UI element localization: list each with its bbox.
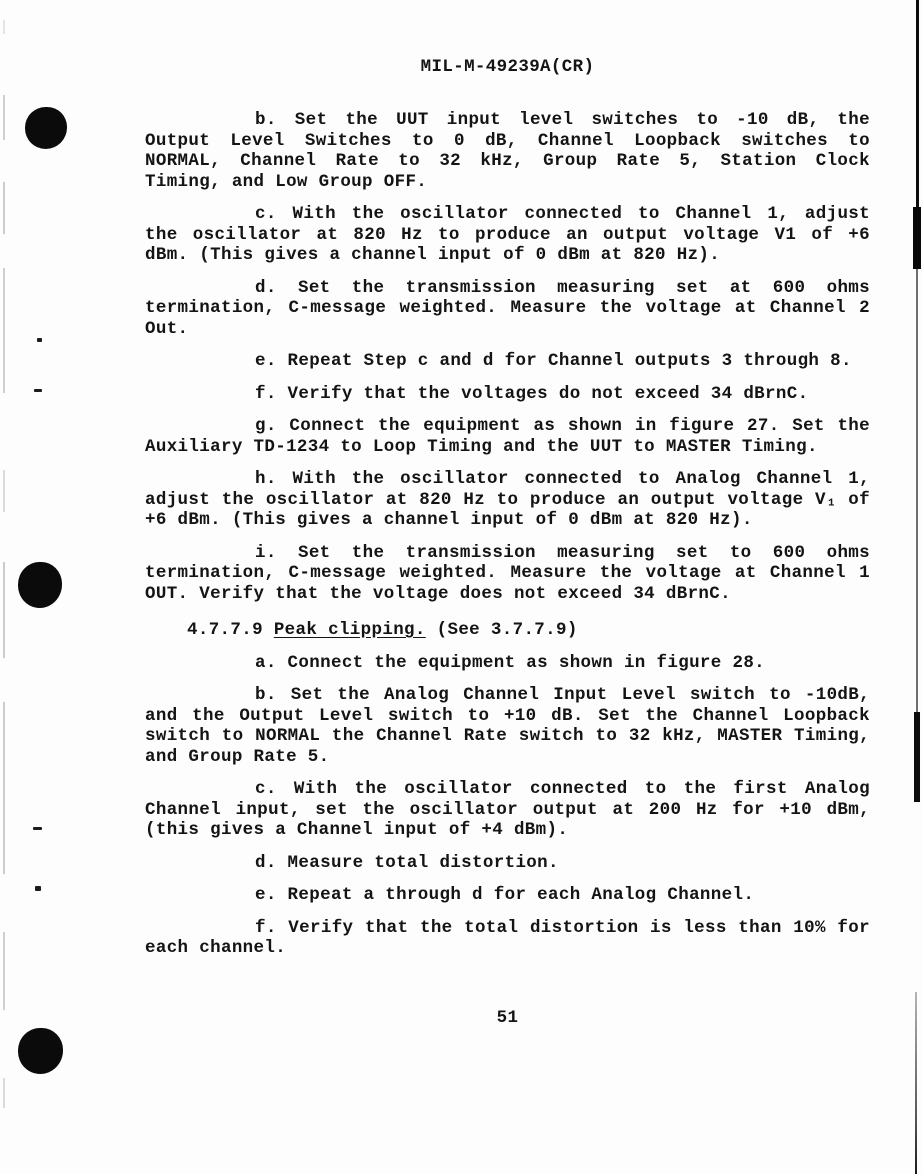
- procedure-step-f: f. Verify that the voltages do not excee…: [145, 384, 870, 405]
- right-edge-scan-line-thick-upper: [913, 207, 921, 269]
- hole-punch-mark-bottom: [18, 1028, 63, 1074]
- section-step-d: d. Measure total distortion.: [145, 853, 870, 874]
- left-edge-scan-dash: [3, 268, 5, 393]
- procedure-step-h: h. With the oscillator connected to Anal…: [145, 469, 870, 531]
- margin-tick-2: [34, 389, 42, 392]
- margin-tick-4: [35, 886, 41, 891]
- margin-tick-1: [37, 338, 42, 342]
- procedure-step-e: e. Repeat Step c and d for Channel outpu…: [145, 351, 870, 372]
- procedure-step-b: b. Set the UUT input level switches to -…: [145, 110, 870, 192]
- hole-punch-mark-top: [25, 107, 67, 149]
- section-step-b: b. Set the Analog Channel Input Level sw…: [145, 685, 870, 767]
- left-edge-scan-dash: [3, 702, 5, 874]
- procedure-step-d: d. Set the transmission measuring set at…: [145, 278, 870, 340]
- hole-punch-mark-middle: [18, 562, 62, 608]
- section-number: 4.7.7.9: [187, 620, 263, 640]
- right-edge-scan-line-top: [916, 0, 919, 207]
- right-edge-scan-line-thick-lower: [914, 712, 920, 802]
- page-number: 51: [145, 1008, 870, 1028]
- left-edge-scan-dash: [3, 95, 5, 140]
- procedure-step-g: g. Connect the equipment as shown in fig…: [145, 416, 870, 457]
- section-title: Peak clipping.: [274, 620, 426, 640]
- section-step-f: f. Verify that the total distortion is l…: [145, 918, 870, 959]
- right-edge-scan-line-bottom: [915, 992, 917, 1174]
- left-edge-scan-dash: [3, 470, 5, 512]
- left-edge-scan-dash: [3, 562, 5, 658]
- section-step-a: a. Connect the equipment as shown in fig…: [145, 653, 870, 674]
- section-step-c: c. With the oscillator connected to the …: [145, 779, 870, 841]
- document-id-header: MIL-M-49239A(CR): [145, 57, 870, 77]
- left-edge-scan-dash: [3, 20, 5, 34]
- document-body: b. Set the UUT input level switches to -…: [145, 110, 870, 971]
- procedure-step-c: c. With the oscillator connected to Chan…: [145, 204, 870, 266]
- section-heading: 4.7.7.9 Peak clipping. (See 3.7.7.9): [145, 620, 870, 641]
- scanned-document-page: MIL-M-49239A(CR) b. Set the UUT input le…: [0, 0, 923, 1174]
- left-edge-scan-dash: [3, 932, 5, 1010]
- section-step-e: e. Repeat a through d for each Analog Ch…: [145, 885, 870, 906]
- left-edge-scan-dash: [3, 182, 5, 234]
- right-edge-scan-line-middle: [916, 269, 918, 712]
- margin-tick-3: [33, 827, 42, 830]
- left-edge-scan-dash: [3, 1078, 5, 1108]
- section-reference: (See 3.7.7.9): [437, 620, 578, 640]
- procedure-step-i: i. Set the transmission measuring set to…: [145, 543, 870, 605]
